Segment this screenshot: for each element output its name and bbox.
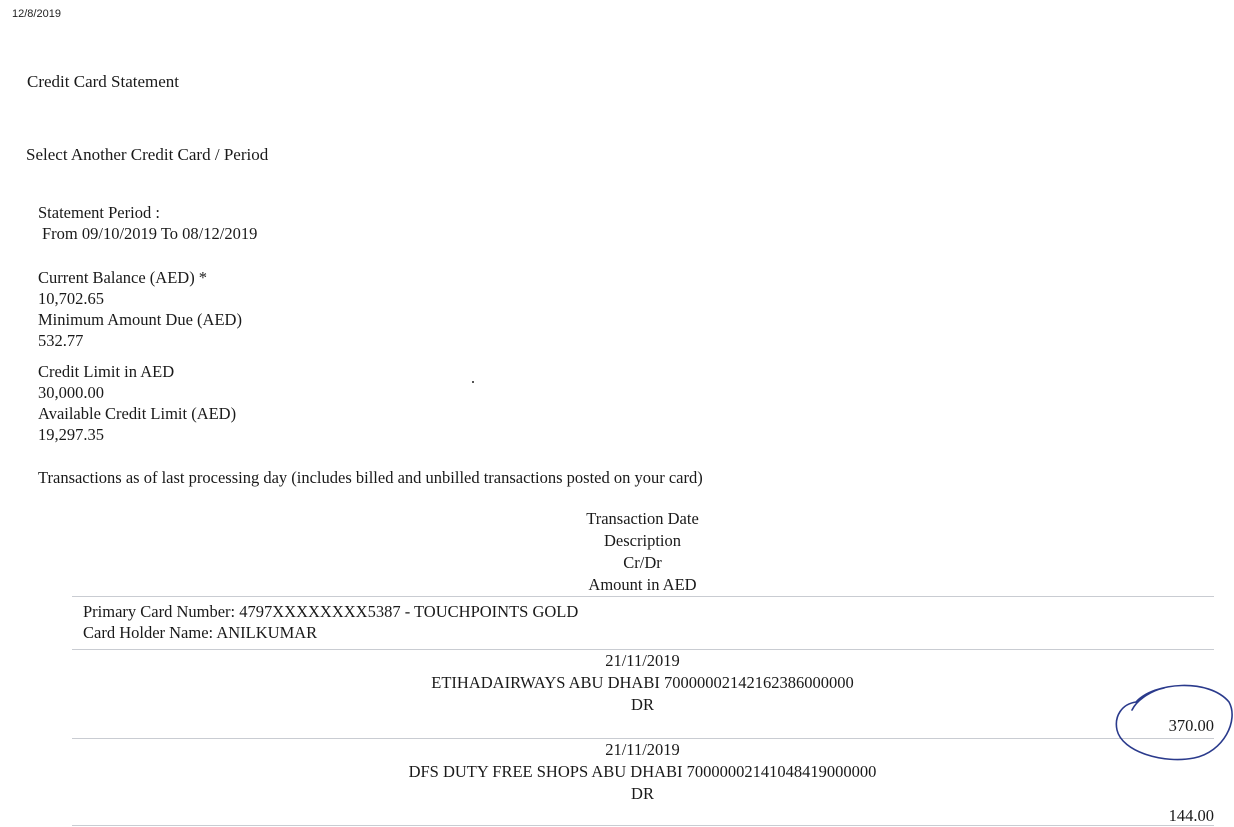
scan-speck bbox=[472, 381, 474, 383]
statement-period: Statement Period : From 09/10/2019 To 08… bbox=[38, 202, 257, 244]
primary-card-number: Primary Card Number: 4797XXXXXXXX5387 - … bbox=[83, 601, 578, 622]
available-limit-label: Available Credit Limit (AED) bbox=[38, 403, 236, 424]
table-column-headers: Transaction Date Description Cr/Dr Amoun… bbox=[520, 508, 765, 596]
transaction-description: DFS DUTY FREE SHOPS ABU DHABI 7000000214… bbox=[300, 761, 985, 783]
minimum-due-value: 532.77 bbox=[38, 330, 242, 351]
header-description: Description bbox=[520, 530, 765, 552]
transaction-type: DR bbox=[300, 783, 985, 805]
transaction-type: DR bbox=[300, 694, 985, 716]
table-row: 21/11/2019 DFS DUTY FREE SHOPS ABU DHABI… bbox=[300, 739, 985, 805]
select-another-card-link[interactable]: Select Another Credit Card / Period bbox=[26, 145, 268, 165]
transactions-note: Transactions as of last processing day (… bbox=[38, 468, 703, 488]
credit-limit-label: Credit Limit in AED bbox=[38, 361, 236, 382]
card-info: Primary Card Number: 4797XXXXXXXX5387 - … bbox=[83, 601, 578, 643]
table-divider bbox=[72, 825, 1214, 826]
header-cr-dr: Cr/Dr bbox=[520, 552, 765, 574]
limits-section: Credit Limit in AED 30,000.00 Available … bbox=[38, 361, 236, 445]
current-balance-label: Current Balance (AED) * bbox=[38, 267, 242, 288]
balances-section: Current Balance (AED) * 10,702.65 Minimu… bbox=[38, 267, 242, 351]
credit-limit-value: 30,000.00 bbox=[38, 382, 236, 403]
statement-period-value: From 09/10/2019 To 08/12/2019 bbox=[38, 223, 257, 244]
header-transaction-date: Transaction Date bbox=[520, 508, 765, 530]
table-divider bbox=[72, 596, 1214, 597]
table-row: 21/11/2019 ETIHADAIRWAYS ABU DHABI 70000… bbox=[300, 650, 985, 716]
current-balance-value: 10,702.65 bbox=[38, 288, 242, 309]
print-date: 12/8/2019 bbox=[12, 8, 61, 20]
transaction-description: ETIHADAIRWAYS ABU DHABI 7000000214216238… bbox=[300, 672, 985, 694]
card-holder-name: Card Holder Name: ANILKUMAR bbox=[83, 622, 578, 643]
transaction-amount: 144.00 bbox=[1169, 806, 1214, 826]
page-title: Credit Card Statement bbox=[27, 72, 179, 92]
transaction-date: 21/11/2019 bbox=[300, 739, 985, 761]
minimum-due-label: Minimum Amount Due (AED) bbox=[38, 309, 242, 330]
available-limit-value: 19,297.35 bbox=[38, 424, 236, 445]
transaction-amount: 370.00 bbox=[1169, 716, 1214, 736]
transaction-date: 21/11/2019 bbox=[300, 650, 985, 672]
header-amount: Amount in AED bbox=[520, 574, 765, 596]
statement-period-label: Statement Period : bbox=[38, 202, 257, 223]
